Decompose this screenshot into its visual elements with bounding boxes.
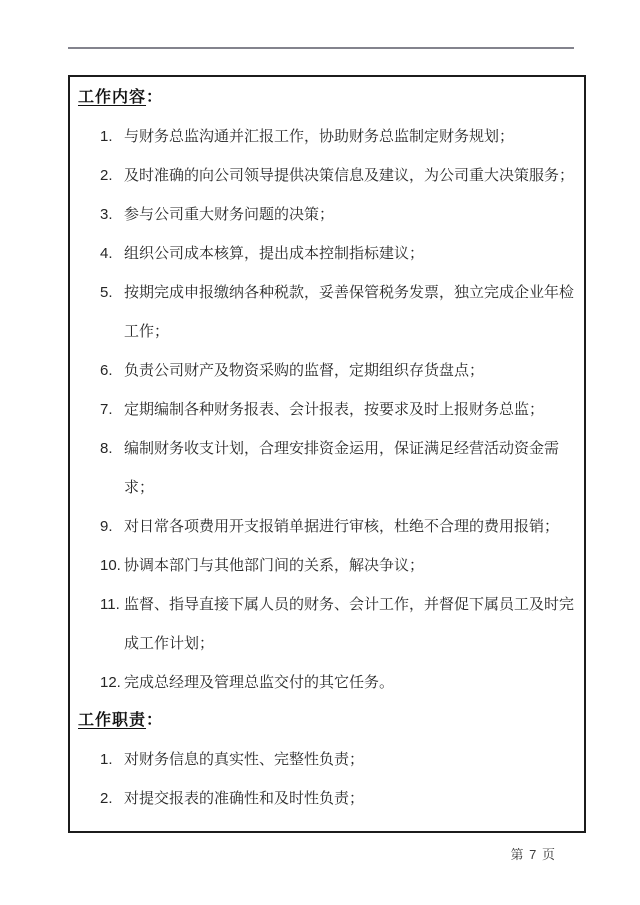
section-heading: 工作内容： [78, 79, 574, 117]
list-item: 11. 监督、指导直接下属人员的财务、会计工作，并督促下属员工及时完成工作计划； [100, 585, 574, 663]
item-number: 9. [100, 507, 124, 546]
page-footer: 第 7 页 [0, 846, 640, 864]
list-item: 2. 及时准确的向公司领导提供决策信息及建议，为公司重大决策服务； [100, 156, 574, 195]
work-duty-list: 1. 对财务信息的真实性、完整性负责； 2. 对提交报表的准确性和及时性负责； [100, 740, 574, 818]
item-text: 编制财务收支计划，合理安排资金运用，保证满足经营活动资金需求； [124, 429, 574, 507]
section-heading-text: 工作内容 [78, 89, 146, 106]
item-number: 5. [100, 273, 124, 312]
page-number: 第 7 页 [511, 847, 556, 862]
item-number: 10. [100, 546, 124, 585]
item-text: 协调本部门与其他部门间的关系，解决争议； [124, 546, 574, 585]
header-divider [68, 47, 574, 49]
list-item: 9. 对日常各项费用开支报销单据进行审核，杜绝不合理的费用报销； [100, 507, 574, 546]
list-item: 5. 按期完成申报缴纳各种税款，妥善保管税务发票，独立完成企业年检工作； [100, 273, 574, 351]
list-item: 12. 完成总经理及管理总监交付的其它任务。 [100, 663, 574, 702]
work-content-list: 1. 与财务总监沟通并汇报工作，协助财务总监制定财务规划； 2. 及时准确的向公… [100, 117, 574, 702]
item-number: 2. [100, 779, 124, 818]
item-number: 8. [100, 429, 124, 468]
item-number: 1. [100, 740, 124, 779]
item-text: 定期编制各种财务报表、会计报表，按要求及时上报财务总监； [124, 390, 574, 429]
list-item: 10. 协调本部门与其他部门间的关系，解决争议； [100, 546, 574, 585]
item-number: 4. [100, 234, 124, 273]
item-text: 监督、指导直接下属人员的财务、会计工作，并督促下属员工及时完成工作计划； [124, 585, 574, 663]
section-work-duty: 工作职责： 1. 对财务信息的真实性、完整性负责； 2. 对提交报表的准确性和及… [78, 702, 574, 818]
item-number: 3. [100, 195, 124, 234]
item-text: 按期完成申报缴纳各种税款，妥善保管税务发票，独立完成企业年检工作； [124, 273, 574, 351]
list-item: 7. 定期编制各种财务报表、会计报表，按要求及时上报财务总监； [100, 390, 574, 429]
item-text: 负责公司财产及物资采购的监督，定期组织存货盘点； [124, 351, 574, 390]
list-item: 8. 编制财务收支计划，合理安排资金运用，保证满足经营活动资金需求； [100, 429, 574, 507]
item-text: 参与公司重大财务问题的决策； [124, 195, 574, 234]
item-text: 及时准确的向公司领导提供决策信息及建议，为公司重大决策服务； [124, 156, 574, 195]
item-text: 与财务总监沟通并汇报工作，协助财务总监制定财务规划； [124, 117, 574, 156]
item-text: 对日常各项费用开支报销单据进行审核，杜绝不合理的费用报销； [124, 507, 574, 546]
item-number: 12. [100, 663, 124, 702]
item-number: 1. [100, 117, 124, 156]
section-heading: 工作职责： [78, 702, 574, 740]
section-work-content: 工作内容： 1. 与财务总监沟通并汇报工作，协助财务总监制定财务规划； 2. 及… [78, 79, 574, 702]
list-item: 1. 对财务信息的真实性、完整性负责； [100, 740, 574, 779]
section-heading-colon: ： [146, 89, 163, 106]
section-heading-text: 工作职责 [78, 712, 146, 729]
list-item: 1. 与财务总监沟通并汇报工作，协助财务总监制定财务规划； [100, 117, 574, 156]
item-number: 7. [100, 390, 124, 429]
list-item: 4. 组织公司成本核算，提出成本控制指标建议； [100, 234, 574, 273]
content-box: 工作内容： 1. 与财务总监沟通并汇报工作，协助财务总监制定财务规划； 2. 及… [68, 75, 586, 833]
item-text: 对提交报表的准确性和及时性负责； [124, 779, 574, 818]
item-number: 6. [100, 351, 124, 390]
section-heading-colon: ： [146, 712, 163, 729]
item-text: 完成总经理及管理总监交付的其它任务。 [124, 663, 574, 702]
list-item: 2. 对提交报表的准确性和及时性负责； [100, 779, 574, 818]
item-text: 对财务信息的真实性、完整性负责； [124, 740, 574, 779]
item-number: 2. [100, 156, 124, 195]
item-text: 组织公司成本核算，提出成本控制指标建议； [124, 234, 574, 273]
list-item: 6. 负责公司财产及物资采购的监督，定期组织存货盘点； [100, 351, 574, 390]
item-number: 11. [100, 585, 124, 624]
document-page: 工作内容： 1. 与财务总监沟通并汇报工作，协助财务总监制定财务规划； 2. 及… [0, 0, 640, 905]
list-item: 3. 参与公司重大财务问题的决策； [100, 195, 574, 234]
